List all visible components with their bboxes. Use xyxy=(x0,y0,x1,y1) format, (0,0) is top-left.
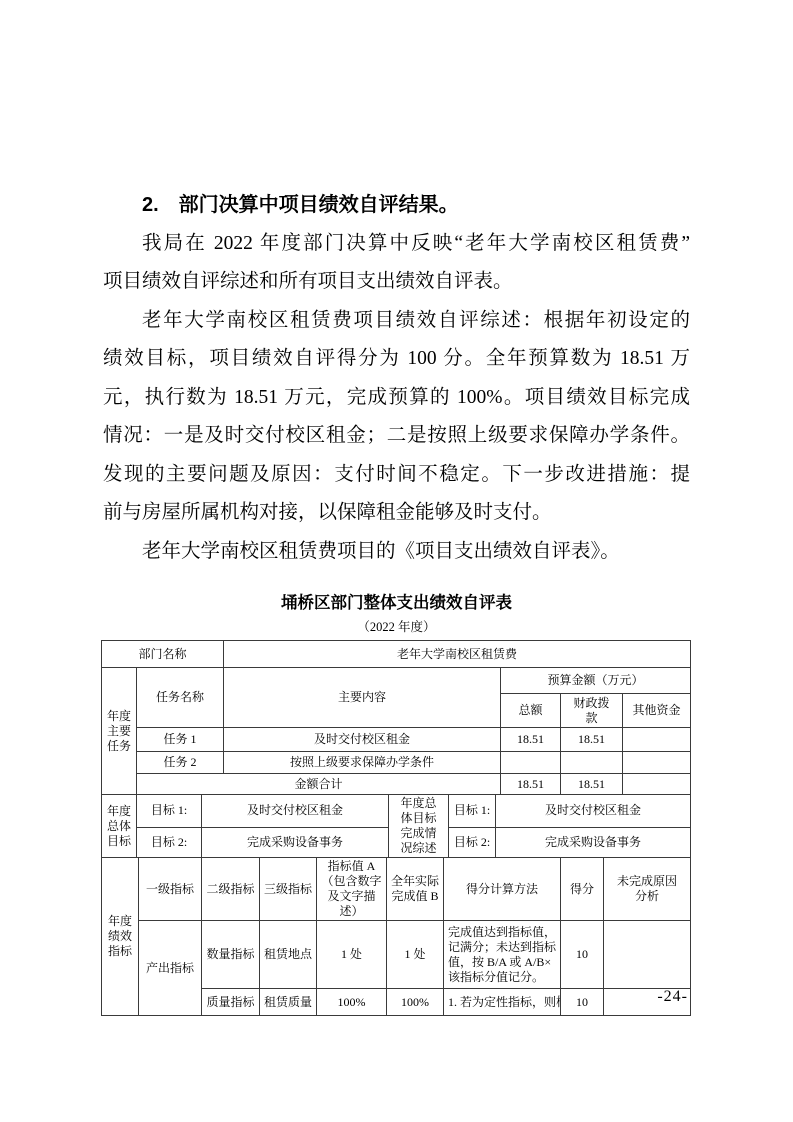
document-page: 2. 部门决算中项目绩效自评结果。 我局在 2022 年度部门决算中反映“老年大… xyxy=(0,0,793,1122)
qty-value-b: 1 处 xyxy=(387,921,444,989)
task-name-header: 任务名称 xyxy=(137,668,224,728)
goal-completion-summary-label: 年度总体目标完成情况综述 xyxy=(389,795,449,858)
section-label-performance-indicators: 年度绩效指标 xyxy=(102,858,139,1016)
task2-content: 按照上级要求保障办学条件 xyxy=(224,752,501,774)
qty-method: 完成值达到指标值，记满分；未达到指标值，按 B/A 或 A/B×该指标分值记分。 xyxy=(444,921,561,989)
quality-level2: 质量指标 xyxy=(202,989,260,1016)
quality-level3: 租赁质量 xyxy=(260,989,317,1016)
table-section-performance-indicators: 年度绩效指标 一级指标 二级指标 三级指标 指标值 A （包含数字及文字描述） … xyxy=(101,857,691,1016)
fiscal-appropriation-header: 财政拨款 xyxy=(561,694,623,728)
paragraph-2-line-1: 老年大学南校区租赁费项目绩效自评综述：根据年初设定的 xyxy=(103,302,690,341)
total-header: 总额 xyxy=(501,694,561,728)
dept-name-label: 部门名称 xyxy=(102,641,224,668)
main-content-header: 主要内容 xyxy=(224,668,501,728)
result2-text: 完成采购设备事务 xyxy=(496,827,691,857)
qty-value-a: 1 处 xyxy=(317,921,387,989)
paragraph-2-line-4: 情况：一是及时交付校区租金；二是按照上级要求保障办学条件。 xyxy=(103,417,690,456)
paragraph-1-line-2: 项目绩效自评综述和所有项目支出绩效自评表。 xyxy=(103,263,690,302)
paragraph-2-line-5: 发现的主要问题及原因：支付时间不稳定。下一步改进措施：提 xyxy=(103,456,690,495)
sum-total: 18.51 xyxy=(501,774,561,795)
output-indicator-label: 产出指标 xyxy=(139,921,202,1016)
goal1-text: 及时交付校区租金 xyxy=(202,795,389,828)
task2-total xyxy=(501,752,561,774)
self-evaluation-table: 部门名称 老年大学南校区租赁费 年度主要任务 任务名称 主要内容 预算金额（万元… xyxy=(101,640,690,1016)
task1-label: 任务 1 xyxy=(137,728,224,752)
score-method-header: 得分计算方法 xyxy=(444,858,561,921)
sum-fiscal: 18.51 xyxy=(561,774,623,795)
task2-label: 任务 2 xyxy=(137,752,224,774)
quality-method: 1. 若为定性指标，则根 xyxy=(444,989,561,1016)
level3-indicator-header: 三级指标 xyxy=(260,858,317,921)
sum-label: 金额合计 xyxy=(137,774,501,795)
result2-label: 目标 2: xyxy=(449,827,496,857)
section-heading: 2. 部门决算中项目绩效自评结果。 xyxy=(103,186,690,225)
paragraph-1-line-1: 我局在 2022 年度部门决算中反映“老年大学南校区租赁费” xyxy=(103,225,690,264)
qty-level3: 租赁地点 xyxy=(260,921,317,989)
qty-level2: 数量指标 xyxy=(202,921,260,989)
uncompleted-reason-header: 未完成原因分析 xyxy=(604,858,691,921)
section-label-annual-goals: 年度总体目标 xyxy=(102,795,137,858)
dept-name-value: 老年大学南校区租赁费 xyxy=(224,641,691,668)
quality-value-a: 100% xyxy=(317,989,387,1016)
score-header: 得分 xyxy=(561,858,604,921)
budget-amount-header: 预算金额（万元） xyxy=(501,668,691,694)
result1-label: 目标 1: xyxy=(449,795,496,828)
task1-other xyxy=(623,728,691,752)
quality-value-b: 100% xyxy=(387,989,444,1016)
table-title: 埇桥区部门整体支出绩效自评表 xyxy=(103,589,690,613)
paragraph-2-line-6: 前与房屋所属机构对接，以保障租金能够及时支付。 xyxy=(103,494,690,533)
table-section-annual-tasks: 部门名称 老年大学南校区租赁费 年度主要任务 任务名称 主要内容 预算金额（万元… xyxy=(101,640,691,795)
other-funds-header: 其他资金 xyxy=(623,694,691,728)
body-text: 2. 部门决算中项目绩效自评结果。 我局在 2022 年度部门决算中反映“老年大… xyxy=(103,186,690,571)
task1-fiscal: 18.51 xyxy=(561,728,623,752)
task2-other xyxy=(623,752,691,774)
goal2-label: 目标 2: xyxy=(137,827,202,857)
task1-content: 及时交付校区租金 xyxy=(224,728,501,752)
sum-other xyxy=(623,774,691,795)
qty-score: 10 xyxy=(561,921,604,989)
goal1-label: 目标 1: xyxy=(137,795,202,828)
section-label-annual-tasks: 年度主要任务 xyxy=(102,668,137,795)
page-number: -24- xyxy=(657,988,688,1006)
result1-text: 及时交付校区租金 xyxy=(496,795,691,828)
paragraph-2-line-2: 绩效目标，项目绩效自评得分为 100 分。全年预算数为 18.51 万 xyxy=(103,340,690,379)
task2-fiscal xyxy=(561,752,623,774)
task1-total: 18.51 xyxy=(501,728,561,752)
indicator-value-a-header: 指标值 A （包含数字及文字描述） xyxy=(317,858,387,921)
table-subtitle: （2022 年度） xyxy=(103,617,690,635)
qty-reason xyxy=(604,921,691,989)
table-section-annual-goals: 年度总体目标 目标 1: 及时交付校区租金 年度总体目标完成情况综述 目标 1:… xyxy=(101,794,691,858)
paragraph-3-line-1: 老年大学南校区租赁费项目的《项目支出绩效自评表》。 xyxy=(103,533,690,572)
goal2-text: 完成采购设备事务 xyxy=(202,827,389,857)
actual-value-b-header: 全年实际完成值 B xyxy=(387,858,444,921)
quality-score: 10 xyxy=(561,989,604,1016)
paragraph-2-line-3: 元，执行数为 18.51 万元，完成预算的 100%。项目绩效目标完成 xyxy=(103,379,690,418)
level2-indicator-header: 二级指标 xyxy=(202,858,260,921)
level1-indicator-header: 一级指标 xyxy=(139,858,202,921)
